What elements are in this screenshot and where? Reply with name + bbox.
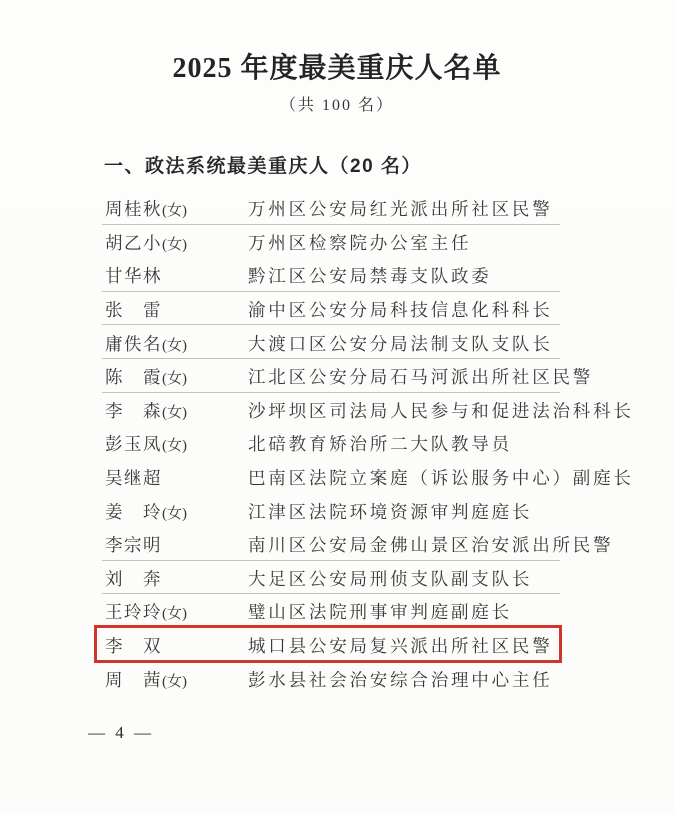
list-item: 王玲玲(女) 璧山区法院刑事审判庭副庭长 xyxy=(105,595,565,629)
list-item: 周 茜(女) 彭水县社会治安综合治理中心主任 xyxy=(105,662,565,696)
name-text: 王玲玲 xyxy=(105,602,162,622)
list-item: 李宗明 南川区公安局金佛山景区治安派出所民警 xyxy=(105,528,565,562)
name-text: 张 雷 xyxy=(105,300,162,320)
honoree-position: 沙坪坝区司法局人民参与和促进法治科科长 xyxy=(248,398,634,423)
gender-marker: (女) xyxy=(162,237,187,253)
gender-marker: (女) xyxy=(162,371,187,387)
name-text: 李 双 xyxy=(105,636,162,656)
gender-marker: (女) xyxy=(162,438,187,454)
gender-marker: (女) xyxy=(162,606,187,622)
name-text: 陈 霞 xyxy=(105,367,162,387)
name-text: 刘 奔 xyxy=(105,569,162,589)
name-text: 胡乙小 xyxy=(105,233,162,253)
honoree-position: 渝中区公安分局科技信息化科科长 xyxy=(248,297,553,322)
scanned-document-page: 2025 年度最美重庆人名单 （共 100 名） 一、政法系统最美重庆人（20 … xyxy=(0,0,674,814)
honoree-position: 黔江区公安局禁毒支队政委 xyxy=(248,263,492,288)
list-item: 甘华林 黔江区公安局禁毒支队政委 xyxy=(105,259,565,293)
honoree-position: 万州区公安局红光派出所社区民警 xyxy=(248,196,553,221)
gender-marker: (女) xyxy=(162,405,187,421)
honoree-name: 彭玉凤(女) xyxy=(105,431,248,456)
honoree-name: 胡乙小(女) xyxy=(105,230,248,255)
honoree-name: 李 双 xyxy=(105,633,248,658)
name-text: 彭玉凤 xyxy=(105,434,162,454)
honoree-name: 刘 奔 xyxy=(105,566,248,591)
honoree-position: 璧山区法院刑事审判庭副庭长 xyxy=(248,599,512,624)
document-title: 2025 年度最美重庆人名单 xyxy=(0,46,674,86)
gender-marker: (女) xyxy=(162,674,187,690)
honoree-name: 周 茜(女) xyxy=(105,667,248,692)
name-text: 李 森 xyxy=(105,401,162,421)
document-subtitle: （共 100 名） xyxy=(0,92,674,115)
honoree-name: 甘华林 xyxy=(105,263,248,288)
name-text: 姜 玲 xyxy=(105,502,162,522)
honoree-position: 江津区法院环境资源审判庭庭长 xyxy=(248,499,532,524)
name-text: 甘华林 xyxy=(105,266,162,286)
list-item: 刘 奔 大足区公安局刑侦支队副支队长 xyxy=(105,562,565,596)
name-text: 李宗明 xyxy=(105,535,162,555)
name-text: 周桂秋 xyxy=(105,199,162,219)
list-item-highlighted: 李 双 城口县公安局复兴派出所社区民警 xyxy=(105,629,565,663)
list-item: 彭玉凤(女) 北碚教育矫治所二大队教导员 xyxy=(105,427,565,461)
list-item: 吴继超 巴南区法院立案庭（诉讼服务中心）副庭长 xyxy=(105,461,565,495)
list-item: 庸佚名(女) 大渡口区公安分局法制支队支队长 xyxy=(105,326,565,360)
list-item: 周桂秋(女) 万州区公安局红光派出所社区民警 xyxy=(105,192,565,226)
honoree-name: 陈 霞(女) xyxy=(105,364,248,389)
gender-marker: (女) xyxy=(162,203,187,219)
honoree-name: 周桂秋(女) xyxy=(105,196,248,221)
honoree-position: 大足区公安局刑侦支队副支队长 xyxy=(248,566,532,591)
list-item: 姜 玲(女) 江津区法院环境资源审判庭庭长 xyxy=(105,494,565,528)
name-text: 吴继超 xyxy=(105,468,162,488)
honoree-position: 南川区公安局金佛山景区治安派出所民警 xyxy=(248,532,613,557)
name-text: 周 茜 xyxy=(105,670,162,690)
honoree-name: 姜 玲(女) xyxy=(105,499,248,524)
list-item: 胡乙小(女) 万州区检察院办公室主任 xyxy=(105,226,565,260)
gender-marker: (女) xyxy=(162,338,187,354)
honoree-position: 万州区检察院办公室主任 xyxy=(248,230,471,255)
honoree-name: 李 森(女) xyxy=(105,398,248,423)
honoree-position: 江北区公安分局石马河派出所社区民警 xyxy=(248,364,593,389)
list-item: 张 雷 渝中区公安分局科技信息化科科长 xyxy=(105,293,565,327)
list-item: 李 森(女) 沙坪坝区司法局人民参与和促进法治科科长 xyxy=(105,394,565,428)
honoree-name: 张 雷 xyxy=(105,297,248,322)
honoree-position: 彭水县社会治安综合治理中心主任 xyxy=(248,667,553,692)
list-item: 陈 霞(女) 江北区公安分局石马河派出所社区民警 xyxy=(105,360,565,394)
honoree-name: 李宗明 xyxy=(105,532,248,557)
name-text: 庸佚名 xyxy=(105,334,162,354)
honoree-name: 庸佚名(女) xyxy=(105,331,248,356)
honoree-name: 吴继超 xyxy=(105,465,248,490)
page-number: — 4 — xyxy=(88,723,154,743)
honoree-list: 周桂秋(女) 万州区公安局红光派出所社区民警 胡乙小(女) 万州区检察院办公室主… xyxy=(105,192,565,696)
honoree-position: 巴南区法院立案庭（诉讼服务中心）副庭长 xyxy=(248,465,634,490)
honoree-position: 北碚教育矫治所二大队教导员 xyxy=(248,431,512,456)
honoree-position: 城口县公安局复兴派出所社区民警 xyxy=(248,633,553,658)
section-heading: 一、政法系统最美重庆人（20 名） xyxy=(104,151,422,178)
honoree-name: 王玲玲(女) xyxy=(105,599,248,624)
honoree-position: 大渡口区公安分局法制支队支队长 xyxy=(248,331,553,356)
gender-marker: (女) xyxy=(162,506,187,522)
